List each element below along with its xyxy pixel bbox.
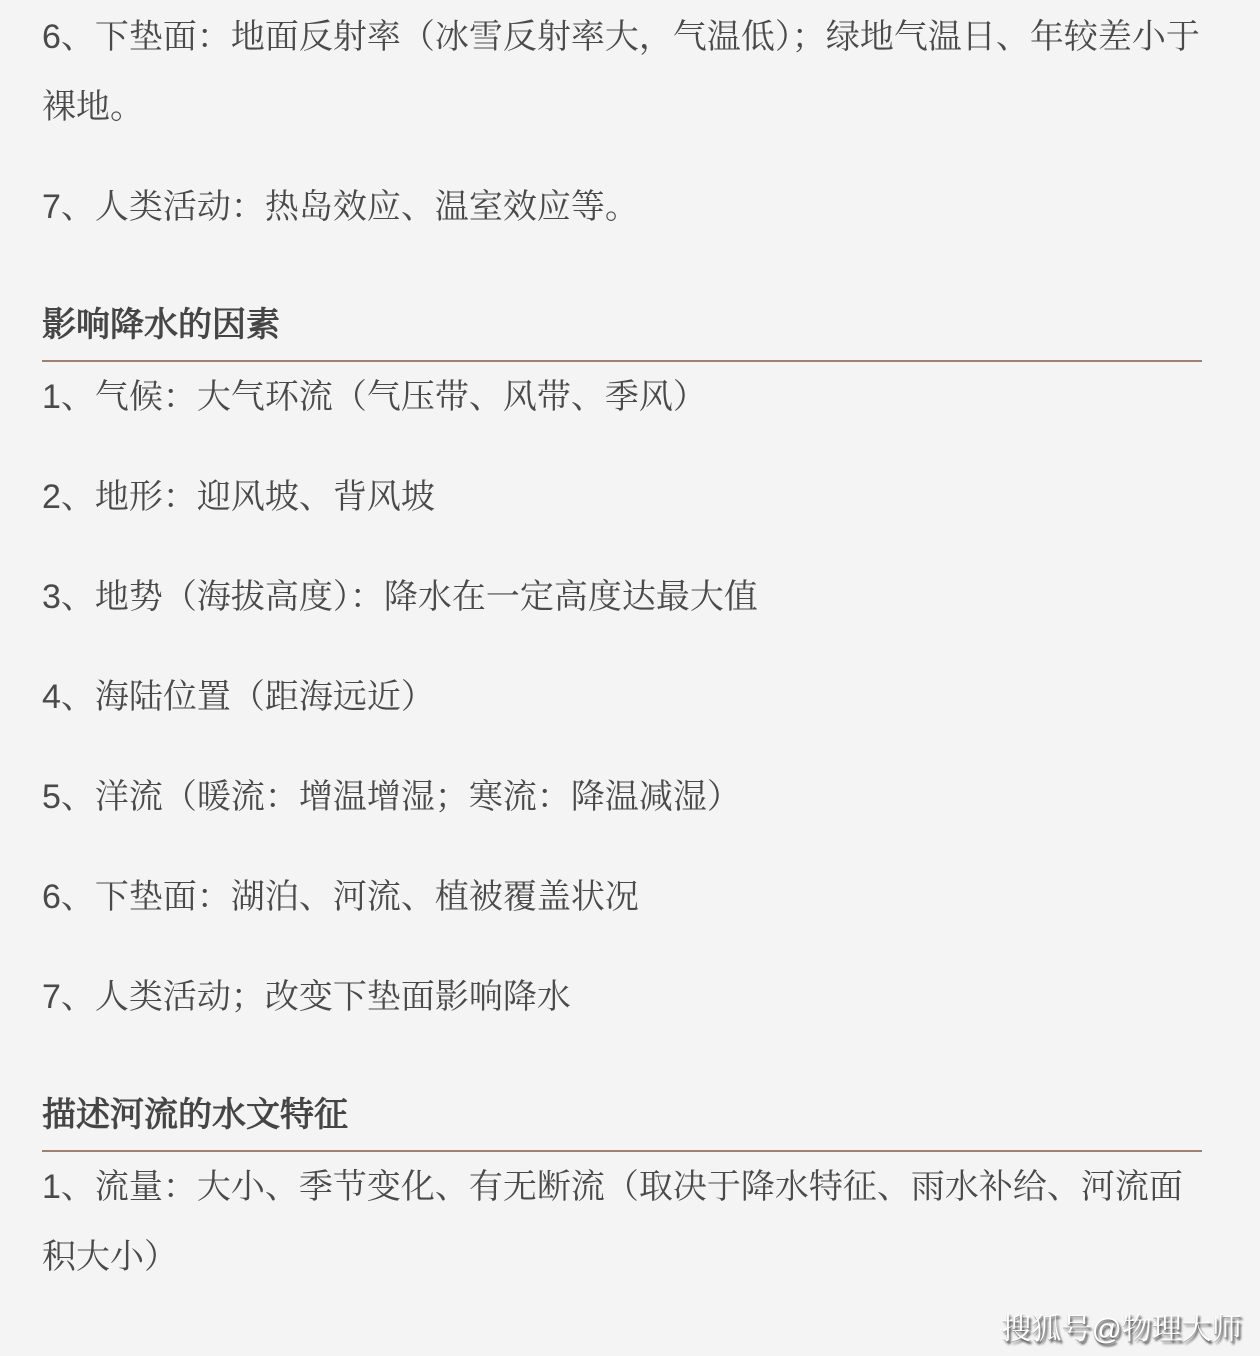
paragraph-underlying-surface: 6、下垫面：地面反射率（冰雪反射率大，气温低）；绿地气温日、年较差小于裸地。 xyxy=(42,2,1202,142)
list-item-climate: 1、气候：大气环流（气压带、风带、季风） xyxy=(42,362,1202,432)
section-heading-river-hydrology: 描述河流的水文特征 xyxy=(42,1080,1202,1150)
list-item-elevation: 3、地势（海拔高度）：降水在一定高度达最大值 xyxy=(42,562,1202,632)
list-item-ocean-currents: 5、洋流（暖流：增温增湿；寒流：降温减湿） xyxy=(42,762,1202,832)
paragraph-human-activity-temp: 7、人类活动：热岛效应、温室效应等。 xyxy=(42,172,1202,242)
list-item-river-flow: 1、流量：大小、季节变化、有无断流（取决于降水特征、雨水补给、河流面积大小） xyxy=(42,1152,1202,1292)
sohu-watermark: 搜狐号@物理大师 xyxy=(1002,1304,1242,1348)
article-body: 6、下垫面：地面反射率（冰雪反射率大，气温低）；绿地气温日、年较差小于裸地。 7… xyxy=(0,0,1260,1292)
section-heading-precipitation-factors: 影响降水的因素 xyxy=(42,290,1202,360)
list-item-human-activity: 7、人类活动；改变下垫面影响降水 xyxy=(42,962,1202,1032)
list-item-terrain: 2、地形：迎风坡、背风坡 xyxy=(42,462,1202,532)
list-item-land-sea-position: 4、海陆位置（距海远近） xyxy=(42,662,1202,732)
list-item-underlying-surface: 6、下垫面：湖泊、河流、植被覆盖状况 xyxy=(42,862,1202,932)
